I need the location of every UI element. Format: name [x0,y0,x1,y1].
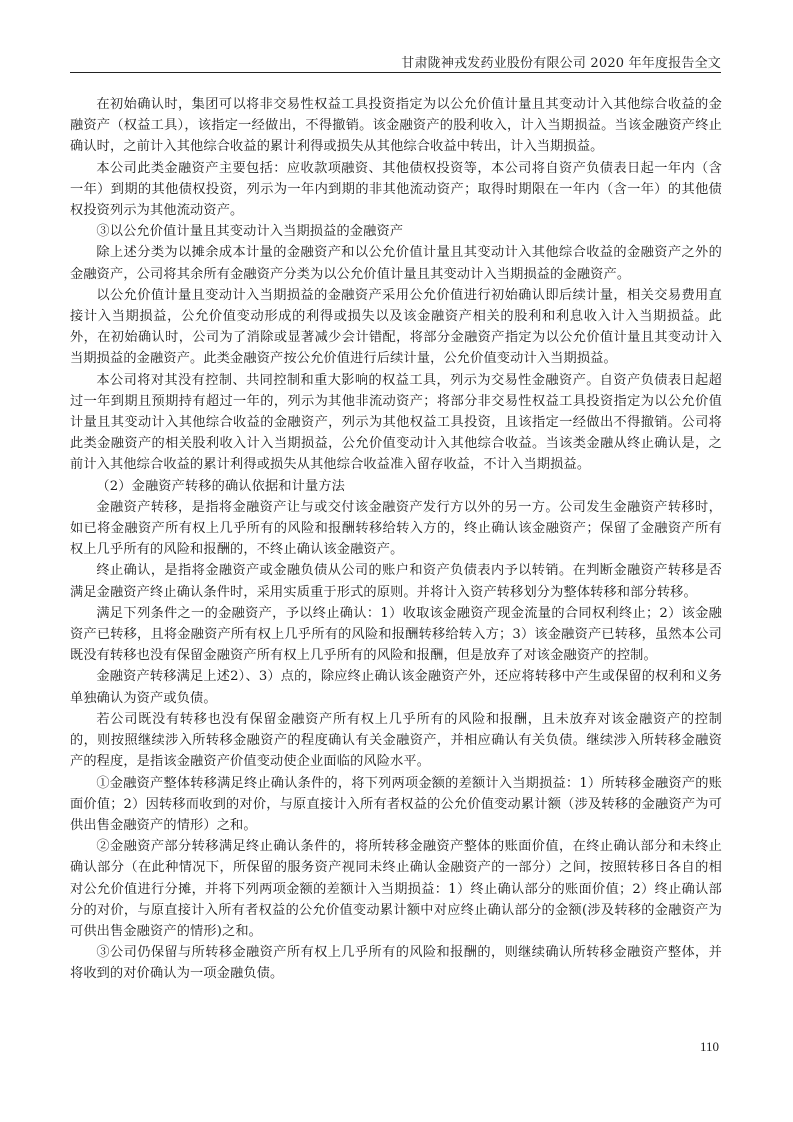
subheading-fvtpl: ③以公允价值计量且其变动计入当期损益的金融资产 [70,221,722,242]
paragraph-retained-risk: ③公司仍保留与所转移金融资产所有权上几乎所有的风险和报酬的，则继续确认所转移金融… [70,942,722,984]
paragraph-fvtpl-measurement: 以公允价值计量且变动计入当期损益的金融资产采用公允价值进行初始确认即后续计量，相… [70,285,722,370]
paragraph-continuing-involvement: 若公司既没有转移也没有保留金融资产所有权上几乎所有的风险和报酬，且未放弃对该金融… [70,709,722,773]
paragraph-transfer-definition: 金融资产转移，是指将金融资产让与或交付该金融资产发行方以外的另一方。公司发生金融… [70,497,722,561]
paragraph-fvtpl-classification: 除上述分类为以摊余成本计量的金融资产和以公允价值计量且其变动计入其他综合收益的金… [70,242,722,284]
page-header: 甘肃陇神戎发药业股份有限公司 2020 年年度报告全文 [70,52,721,73]
page-number: 110 [700,1039,719,1055]
paragraph-derecognition-conditions: 满足下列条件之一的金融资产，予以终止确认：1）收取该金融资产现金流量的合同权利终… [70,603,722,667]
paragraph-initial-recognition: 在初始确认时，集团可以将非交易性权益工具投资指定为以公允价值计量且其变动计入其他… [70,94,722,158]
report-title: 甘肃陇神戎发药业股份有限公司 2020 年年度报告全文 [401,56,721,71]
paragraph-derecognition-definition: 终止确认，是指将金融资产或金融负债从公司的账户和资产负债表内予以转销。在判断金融… [70,560,722,602]
paragraph-full-transfer: ①金融资产整体转移满足终止确认条件的，将下列两项金额的差额计入当期损益：1）所转… [70,773,722,837]
paragraph-rights-obligations: 金融资产转移满足上述2）、3）点的，除应终止确认该金融资产外，还应将转移中产生或… [70,666,722,708]
paragraph-partial-transfer: ②金融资产部分转移满足终止确认条件的，将所转移金融资产整体的账面价值，在终止确认… [70,836,722,942]
paragraph-asset-composition: 本公司此类金融资产主要包括：应收款项融资、其他债权投资等，本公司将自资产负债表日… [70,158,722,222]
paragraph-equity-instruments: 本公司将对其没有控制、共同控制和重大影响的权益工具，列示为交易性金融资产。自资产… [70,370,722,476]
document-body: 在初始确认时，集团可以将非交易性权益工具投资指定为以公允价值计量且其变动计入其他… [70,94,722,985]
subheading-asset-transfer: （2）金融资产转移的确认依据和计量方法 [70,476,722,497]
